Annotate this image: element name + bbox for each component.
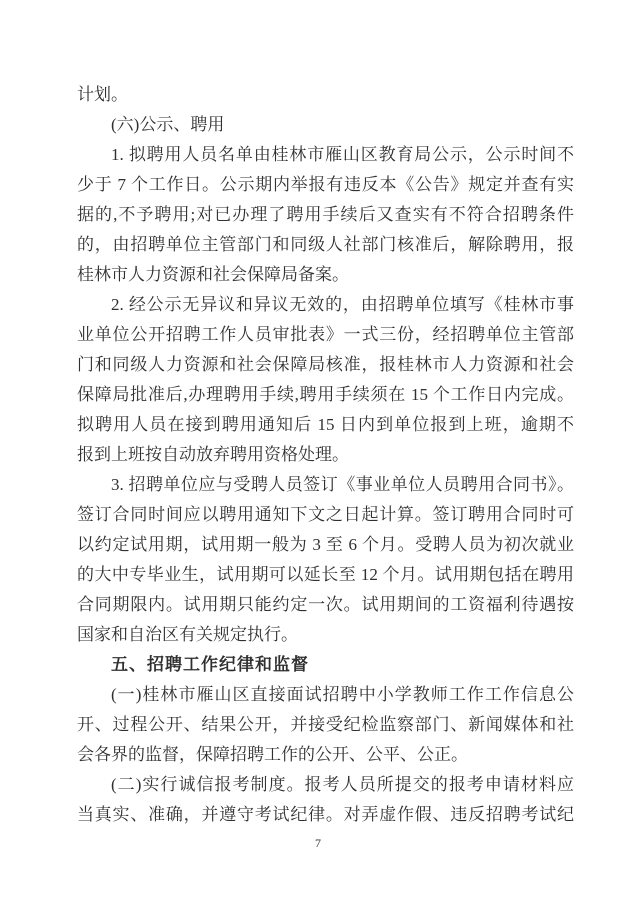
section-heading: 五、招聘工作纪律和监督: [77, 650, 574, 680]
text-line: 3. 招聘单位应与受聘人员签订《事业单位人员聘用合同书》。: [77, 470, 574, 500]
page-number: 7: [0, 836, 636, 851]
text-line: 开、过程公开、结果公开，并接受纪检监察部门、新闻媒体和社: [77, 710, 574, 740]
text-line: 的大中专毕业生，试用期可以延长至 12 个月。试用期包括在聘用: [77, 560, 574, 590]
text-line: 签订合同时间应以聘用通知下文之日起计算。签订聘用合同时可: [77, 500, 574, 530]
document-page: 计划。(六)公示、聘用1. 拟聘用人员名单由桂林市雁山区教育局公示，公示时间不少…: [0, 0, 636, 900]
text-line: 合同期限内。试用期只能约定一次。试用期间的工资福利待遇按: [77, 590, 574, 620]
text-line: 的，由招聘单位主管部门和同级人社部门核准后，解除聘用，报: [77, 230, 574, 260]
document-body: 计划。(六)公示、聘用1. 拟聘用人员名单由桂林市雁山区教育局公示，公示时间不少…: [77, 80, 574, 830]
text-line: 2. 经公示无异议和异议无效的，由招聘单位填写《桂林市事: [77, 290, 574, 320]
text-line: 以约定试用期，试用期一般为 3 至 6 个月。受聘人员为初次就业: [77, 530, 574, 560]
text-line: (一)桂林市雁山区直接面试招聘中小学教师工作工作信息公: [77, 680, 574, 710]
text-line: 报到上班按自动放弃聘用资格处理。: [77, 440, 574, 470]
text-line: 少于 7 个工作日。公示期内举报有违反本《公告》规定并查有实: [77, 170, 574, 200]
text-line: (六)公示、聘用: [77, 110, 574, 140]
text-line: 门和同级人力资源和社会保障局核准，报桂林市人力资源和社会: [77, 350, 574, 380]
text-line: 当真实、准确，并遵守考试纪律。对弄虚作假、违反招聘考试纪: [77, 800, 574, 830]
text-line: 1. 拟聘用人员名单由桂林市雁山区教育局公示，公示时间不: [77, 140, 574, 170]
text-line: 据的,不予聘用;对已办理了聘用手续后又查实有不符合招聘条件: [77, 200, 574, 230]
text-line: 国家和自治区有关规定执行。: [77, 620, 574, 650]
text-line: 桂林市人力资源和社会保障局备案。: [77, 260, 574, 290]
text-line: 会各界的监督，保障招聘工作的公开、公平、公正。: [77, 740, 574, 770]
text-line: 拟聘用人员在接到聘用通知后 15 日内到单位报到上班，逾期不: [77, 410, 574, 440]
text-line: 保障局批准后,办理聘用手续,聘用手续须在 15 个工作日内完成。: [77, 380, 574, 410]
text-line: 业单位公开招聘工作人员审批表》一式三份，经招聘单位主管部: [77, 320, 574, 350]
text-line: 计划。: [77, 80, 574, 110]
text-line: (二)实行诚信报考制度。报考人员所提交的报考申请材料应: [77, 770, 574, 800]
